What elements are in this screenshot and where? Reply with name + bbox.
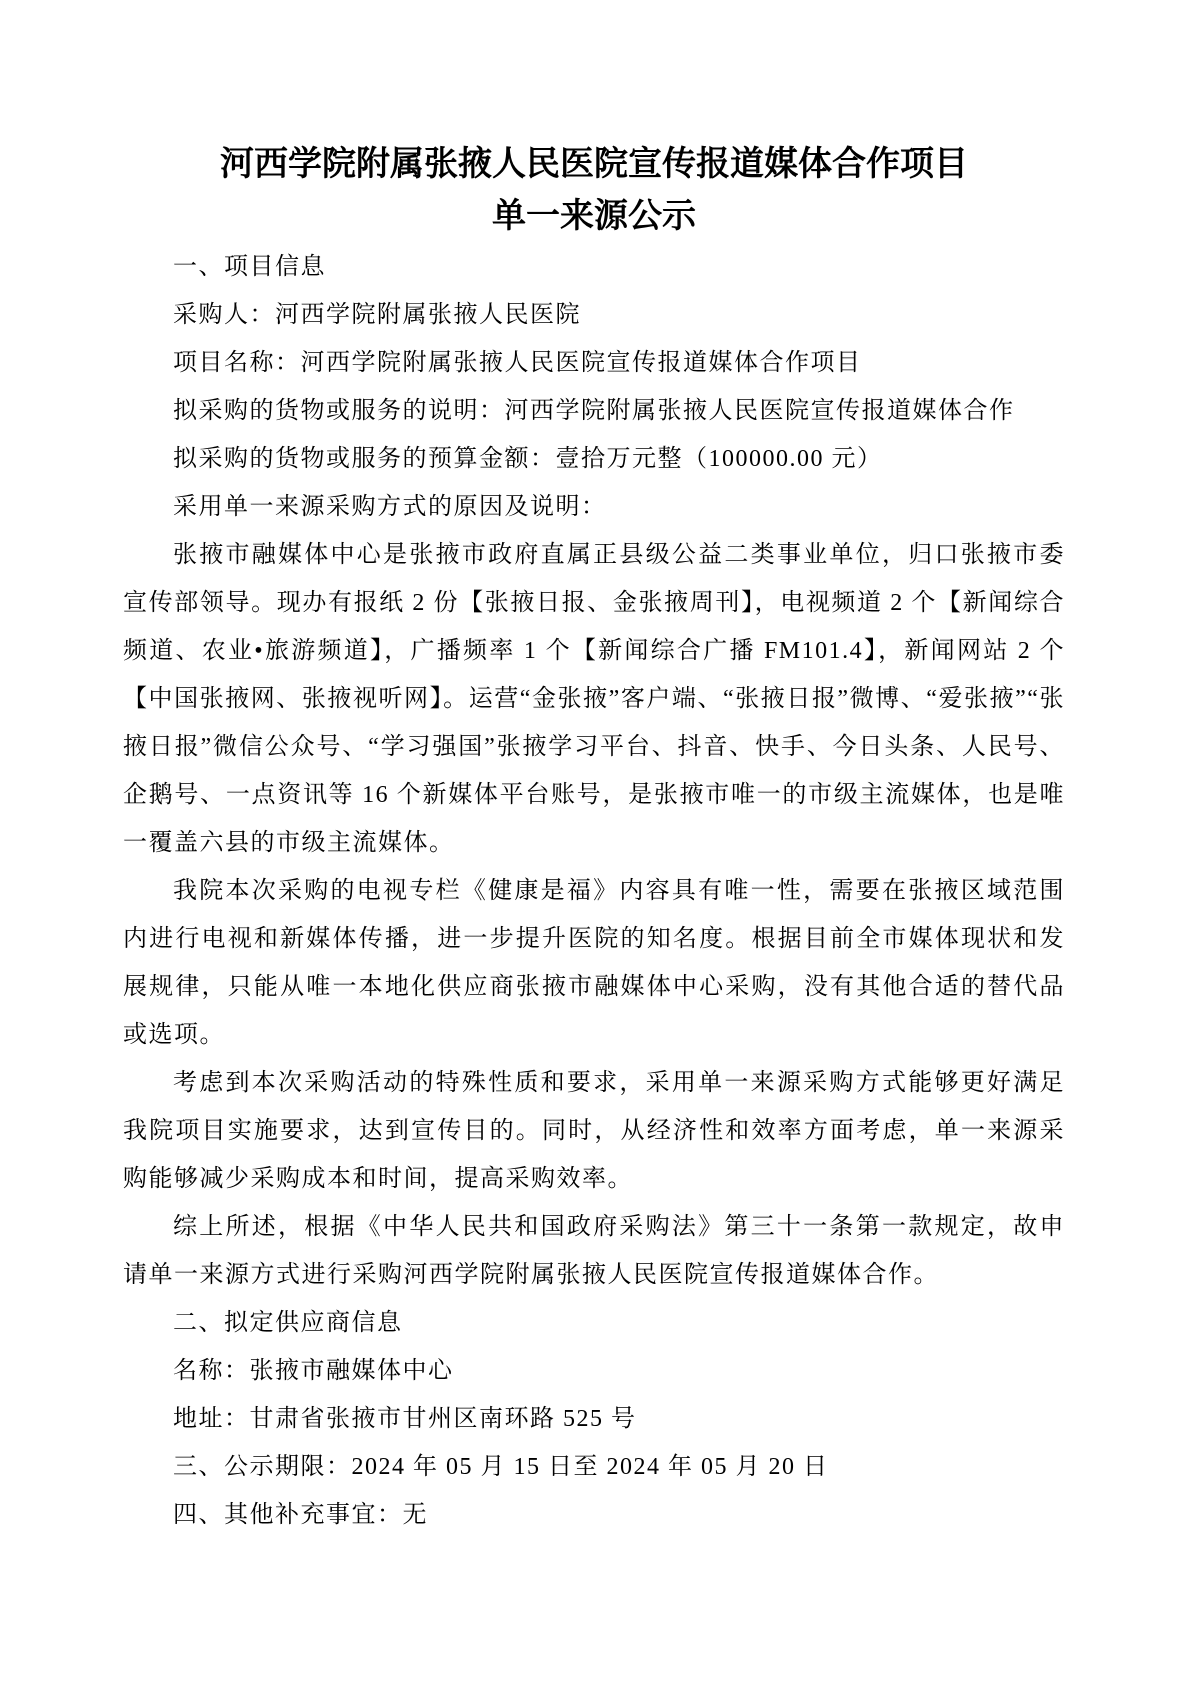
field-supplier-name: 名称：张掖市融媒体中心 <box>123 1347 1065 1395</box>
paragraph-uniqueness-reason: 我院本次采购的电视专栏《健康是福》内容具有唯一性，需要在张掖区域范围内进行电视和… <box>123 867 1065 1059</box>
paragraph-media-center-intro: 张掖市融媒体中心是张掖市政府直属正县级公益二类事业单位，归口张掖市委宣传部领导。… <box>123 531 1065 867</box>
field-budget-amount: 拟采购的货物或服务的预算金额：壹拾万元整（100000.00 元） <box>123 435 1065 483</box>
document-title: 河西学院附属张掖人民医院宣传报道媒体合作项目 单一来源公示 <box>123 139 1065 243</box>
field-goods-description: 拟采购的货物或服务的说明：河西学院附属张掖人民医院宣传报道媒体合作 <box>123 387 1065 435</box>
paragraph-procurement-benefits: 考虑到本次采购活动的特殊性质和要求，采用单一来源采购方式能够更好满足我院项目实施… <box>123 1059 1065 1203</box>
document-title-line2: 单一来源公示 <box>492 198 696 235</box>
document-title-line1: 河西学院附属张掖人民医院宣传报道媒体合作项目 <box>220 146 968 183</box>
section-heading-other-matters: 四、其他补充事宜：无 <box>123 1491 1065 1539</box>
field-single-source-reason-label: 采用单一来源采购方式的原因及说明： <box>123 483 1065 531</box>
paragraph-legal-basis: 综上所述，根据《中华人民共和国政府采购法》第三十一条第一款规定，故申请单一来源方… <box>123 1203 1065 1299</box>
field-project-name: 项目名称：河西学院附属张掖人民医院宣传报道媒体合作项目 <box>123 339 1065 387</box>
field-supplier-address: 地址：甘肃省张掖市甘州区南环路 525 号 <box>123 1395 1065 1443</box>
document-page: 河西学院附属张掖人民医院宣传报道媒体合作项目 单一来源公示 一、项目信息 采购人… <box>0 0 1191 1684</box>
section-heading-project-info: 一、项目信息 <box>123 243 1065 291</box>
section-heading-publicity-period: 三、公示期限：2024 年 05 月 15 日至 2024 年 05 月 20 … <box>123 1443 1065 1491</box>
field-purchaser: 采购人：河西学院附属张掖人民医院 <box>123 291 1065 339</box>
section-heading-supplier-info: 二、拟定供应商信息 <box>123 1299 1065 1347</box>
document-body: 一、项目信息 采购人：河西学院附属张掖人民医院 项目名称：河西学院附属张掖人民医… <box>123 243 1065 1539</box>
